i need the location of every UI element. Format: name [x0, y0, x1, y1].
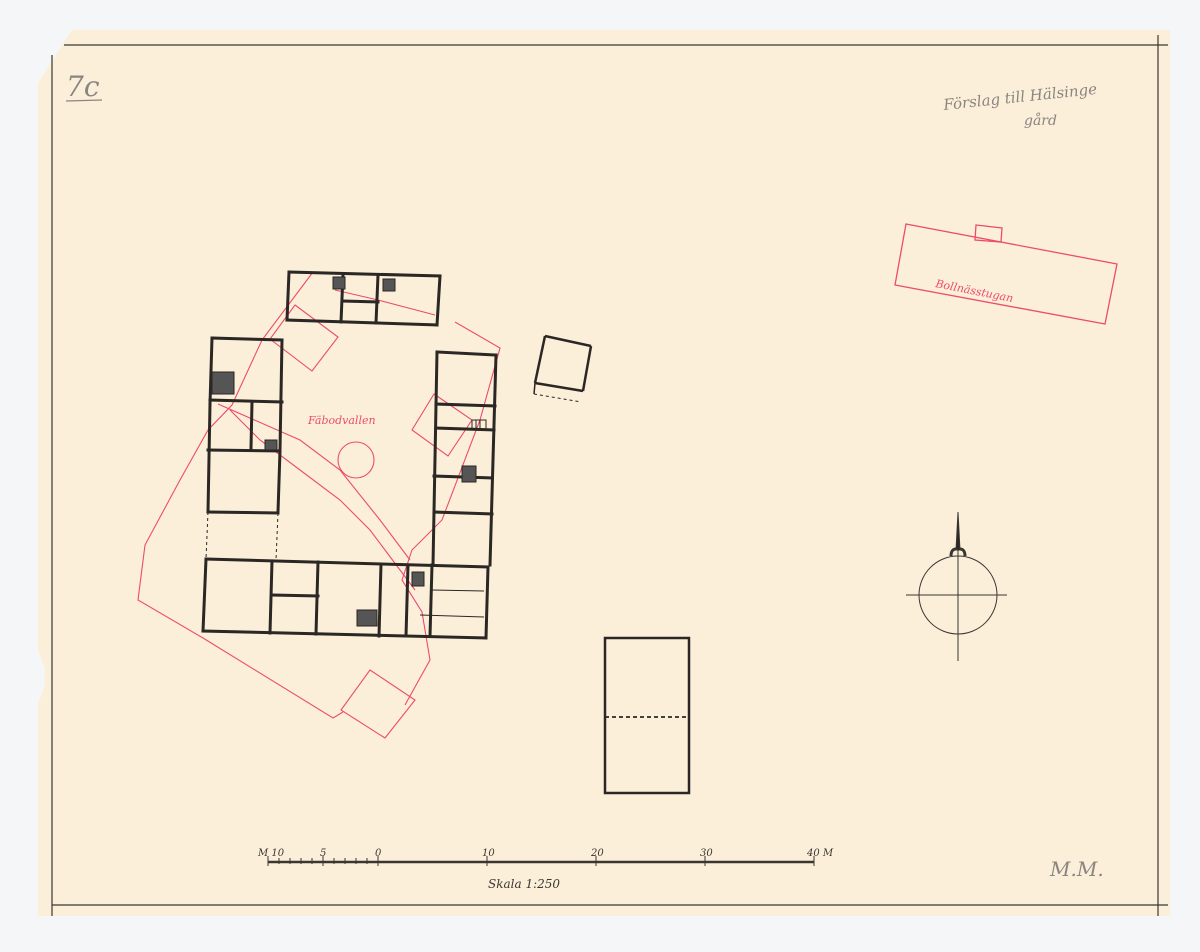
- svg-text:40 M: 40 M: [806, 848, 834, 859]
- svg-text:10: 10: [482, 848, 495, 859]
- scale-bar: M 10 5 0 10 20 30 40 M Skala 1:250: [257, 848, 834, 891]
- svg-text:20: 20: [590, 848, 604, 859]
- svg-text:Förslag till Hälsinge: Förslag till Hälsinge: [942, 80, 1098, 114]
- svg-text:7c: 7c: [66, 70, 100, 103]
- svg-text:Skala 1:250: Skala 1:250: [488, 877, 560, 891]
- red-overlay-outlines: Fäbodvallen: [138, 272, 500, 738]
- rectangular-building: [605, 638, 689, 793]
- svg-text:gård: gård: [1024, 112, 1057, 129]
- svg-text:Bollnässtugan: Bollnässtugan: [933, 277, 1014, 305]
- site-plan-drawing: 7c Förslag till Hälsinge gård Bollnässtu…: [0, 0, 1200, 952]
- svg-text:Fäbodvallen: Fäbodvallen: [307, 414, 376, 427]
- svg-text:5: 5: [320, 848, 326, 859]
- north-arrow-icon: [906, 512, 1007, 661]
- sheet-border: [52, 35, 1168, 916]
- svg-text:M 10: M 10: [257, 848, 285, 859]
- title-note: Förslag till Hälsinge gård: [942, 80, 1098, 129]
- farmstead-floorplan: [203, 272, 496, 638]
- svg-text:30: 30: [700, 848, 713, 859]
- dashed-lines: [206, 512, 278, 560]
- small-outbuilding: [534, 336, 591, 402]
- signature: M.M.: [1049, 857, 1104, 881]
- svg-text:0: 0: [375, 848, 382, 859]
- bollnasstugan-outline: Bollnässtugan: [895, 224, 1117, 324]
- sheet-number: 7c: [66, 70, 102, 103]
